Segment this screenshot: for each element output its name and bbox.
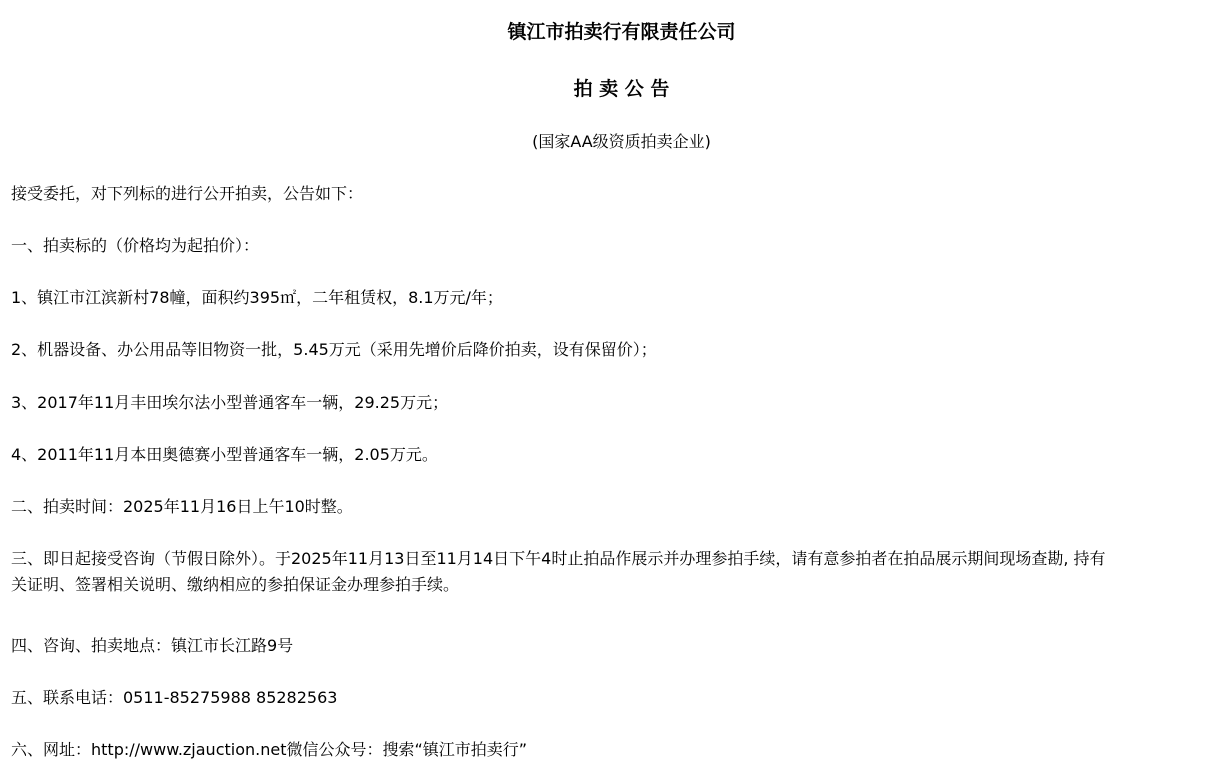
consultation-info: 三、即日起接受咨询（节假日除外）。于2025年11月13日至11月14日下午4时…: [11, 546, 1223, 598]
lot-item-1: 1、镇江市江滨新村78幢，面积约395㎡，二年租赁权，8.1万元/年；: [11, 285, 1223, 311]
website-link[interactable]: http://www.zjauction.net: [91, 740, 286, 759]
qualification-subtitle: (国家AA级资质拍卖企业): [0, 131, 1223, 153]
section-one-title: 一、拍卖标的（价格均为起拍价）：: [11, 233, 1223, 259]
announcement-heading: 拍 卖 公 告: [0, 77, 1223, 101]
contact-phone: 五、联系电话：0511-85275988 85282563: [11, 685, 1223, 711]
consultation-info-line-1: 三、即日起接受咨询（节假日除外）。于2025年11月13日至11月14日下午4时…: [11, 546, 1223, 572]
intro-paragraph: 接受委托，对下列标的进行公开拍卖，公告如下：: [11, 181, 1223, 207]
wechat-info: 微信公众号：搜索“镇江市拍卖行”: [286, 740, 527, 759]
lot-item-2: 2、机器设备、办公用品等旧物资一批，5.45万元（采用先增价后降价拍卖，设有保留…: [11, 337, 1223, 363]
lot-item-3: 3、2017年11月丰田埃尔法小型普通客车一辆，29.25万元；: [11, 390, 1223, 416]
auction-announcement-page: 镇江市拍卖行有限责任公司 拍 卖 公 告 (国家AA级资质拍卖企业) 接受委托，…: [0, 0, 1223, 780]
website-label: 六、网址：: [11, 740, 91, 759]
company-name: 镇江市拍卖行有限责任公司: [0, 20, 1223, 44]
auction-location: 四、咨询、拍卖地点：镇江市长江路9号: [11, 633, 1223, 659]
auction-time: 二、拍卖时间：2025年11月16日上午10时整。: [11, 494, 1223, 520]
website-and-wechat: 六、网址：http://www.zjauction.net微信公众号：搜索“镇江…: [11, 737, 1223, 763]
consultation-info-line-2: 关证明、签署相关说明、缴纳相应的参拍保证金办理参拍手续。: [11, 572, 1223, 598]
lot-item-4: 4、2011年11月本田奥德赛小型普通客车一辆，2.05万元。: [11, 442, 1223, 468]
